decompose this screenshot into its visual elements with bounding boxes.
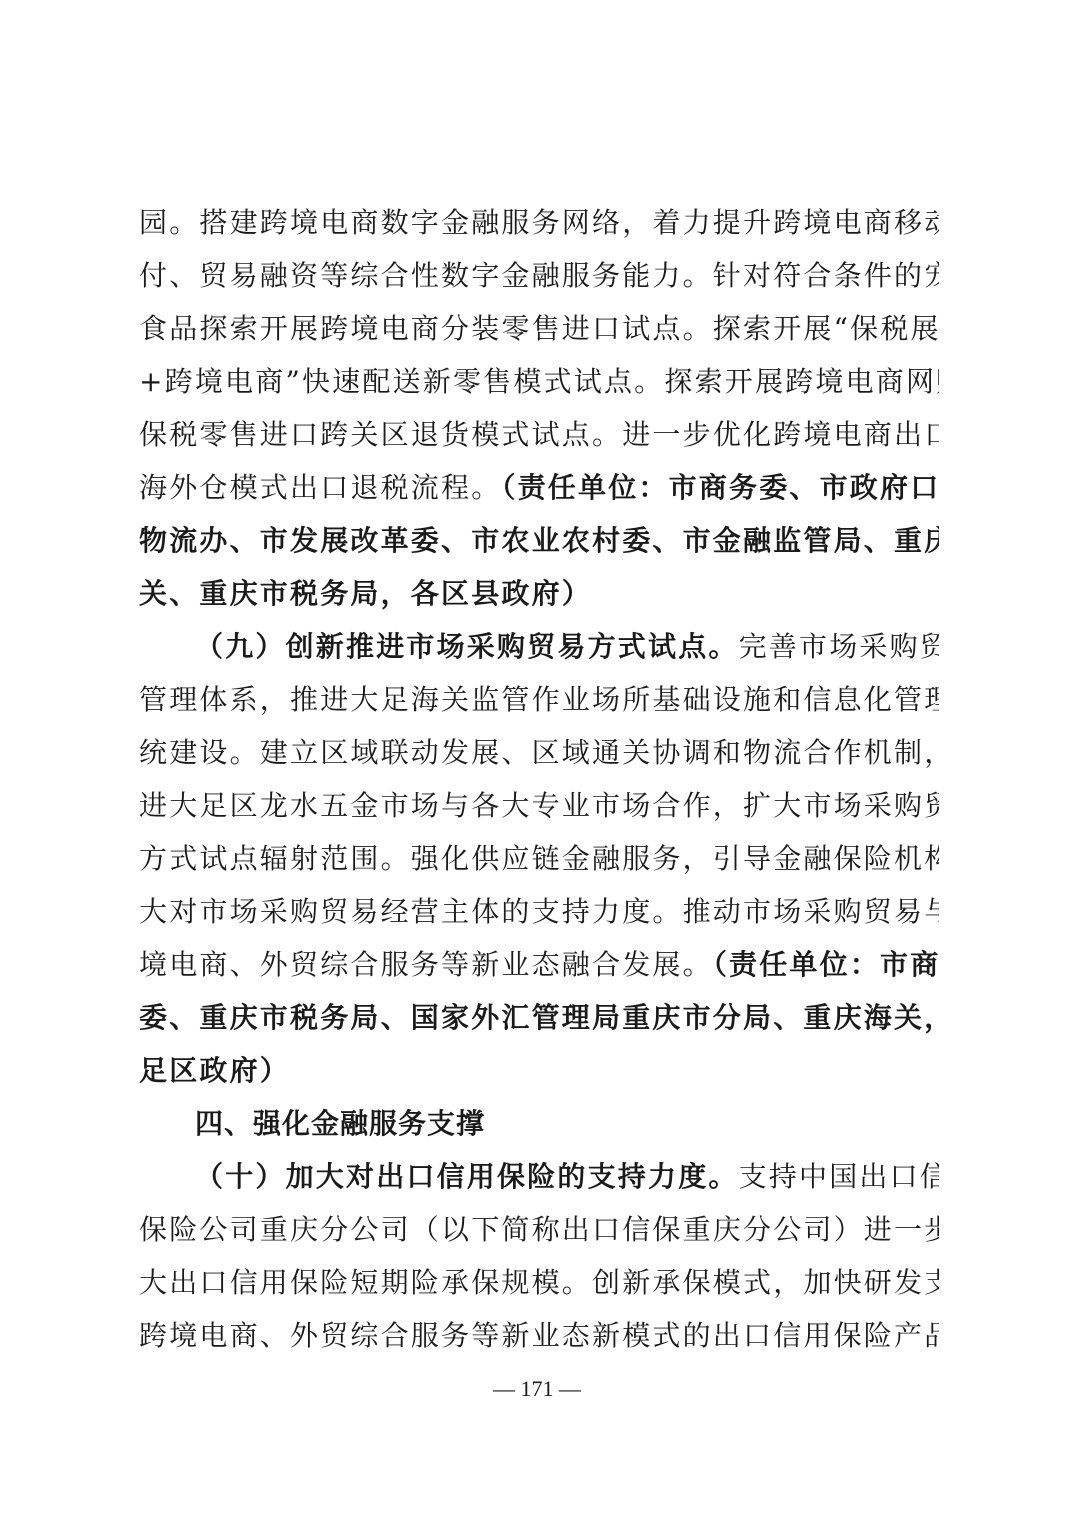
text-line: 保税零售进口跨关区退货模式试点。进一步优化跨境电商出口至 (139, 408, 939, 461)
body-text: 保险公司重庆分公司（以下简称出口信保重庆分公司）进一步扩 (139, 1213, 939, 1246)
section-10-title: （十）加大对出口信用保险的支持力度。 (195, 1160, 739, 1193)
body-text: 海外仓模式出口退税流程。 (139, 471, 501, 504)
responsible-units-text: （责任单位：市商务 (713, 948, 939, 981)
body-text: 境电商、外贸综合服务等新业态融合发展。 (139, 948, 713, 981)
text-line: 境电商、外贸综合服务等新业态融合发展。（责任单位：市商务 (139, 938, 939, 991)
body-text: 保税零售进口跨关区退货模式试点。进一步优化跨境电商出口至 (139, 418, 939, 451)
body-text: 付、贸易融资等综合性数字金融服务能力。针对符合条件的宠物 (139, 259, 939, 292)
text-line: 园。搭建跨境电商数字金融服务网络，着力提升跨境电商移动支 (139, 196, 939, 249)
body-text: 大出口信用保险短期险承保规模。创新承保模式，加快研发支持 (139, 1266, 939, 1299)
document-body: 园。搭建跨境电商数字金融服务网络，着力提升跨境电商移动支付、贸易融资等综合性数字… (139, 196, 939, 1362)
text-line: 关、重庆市税务局，各区县政府） (139, 567, 939, 620)
responsible-units-text: 物流办、市发展改革委、市农业农村委、市金融监管局、重庆海 (139, 524, 939, 557)
responsible-units-text: （责任单位：市商务委、市政府口岸 (501, 471, 939, 504)
responsible-units-text: 足区政府） (139, 1054, 290, 1087)
text-line: 管理体系，推进大足海关监管作业场所基础设施和信息化管理系 (139, 673, 939, 726)
body-text: +跨境电商”快速配送新零售模式试点。探索开展跨境电商网购 (139, 365, 939, 398)
section-9-text: 完善市场采购贸易 (739, 630, 939, 663)
body-text: 管理体系，推进大足海关监管作业场所基础设施和信息化管理系 (139, 683, 939, 716)
section-9-title: （九）创新推进市场采购贸易方式试点。 (195, 630, 739, 663)
text-line: 委、重庆市税务局、国家外汇管理局重庆市分局、重庆海关，大 (139, 991, 939, 1044)
text-line: +跨境电商”快速配送新零售模式试点。探索开展跨境电商网购 (139, 355, 939, 408)
section-10-paragraph: 保险公司重庆分公司（以下简称出口信保重庆分公司）进一步扩大出口信用保险短期险承保… (139, 1203, 939, 1362)
text-line: 物流办、市发展改革委、市农业农村委、市金融监管局、重庆海 (139, 514, 939, 567)
text-line: 跨境电商、外贸综合服务等新业态新模式的出口信用保险产品。 (139, 1309, 939, 1362)
section-heading-4: 四、强化金融服务支撑 (139, 1097, 939, 1150)
text-line: 付、贸易融资等综合性数字金融服务能力。针对符合条件的宠物 (139, 249, 939, 302)
body-text: 大对市场采购贸易经营主体的支持力度。推动市场采购贸易与跨 (139, 895, 939, 928)
text-line: 大出口信用保险短期险承保规模。创新承保模式，加快研发支持 (139, 1256, 939, 1309)
text-line: 足区政府） (139, 1044, 939, 1097)
body-text: 食品探索开展跨境电商分装零售进口试点。探索开展“保税展示 (139, 312, 939, 345)
text-line: 海外仓模式出口退税流程。（责任单位：市商务委、市政府口岸 (139, 461, 939, 514)
section-9-paragraph: 管理体系，推进大足海关监管作业场所基础设施和信息化管理系统建设。建立区域联动发展… (139, 673, 939, 1097)
section-10-first-line: （十）加大对出口信用保险的支持力度。支持中国出口信用 (139, 1150, 939, 1203)
text-line: 保险公司重庆分公司（以下简称出口信保重庆分公司）进一步扩 (139, 1203, 939, 1256)
text-line: 统建设。建立区域联动发展、区域通关协调和物流合作机制，推 (139, 726, 939, 779)
body-text: 方式试点辐射范围。强化供应链金融服务，引导金融保险机构加 (139, 842, 939, 875)
intro-paragraph: 园。搭建跨境电商数字金融服务网络，着力提升跨境电商移动支付、贸易融资等综合性数字… (139, 196, 939, 620)
text-line: 方式试点辐射范围。强化供应链金融服务，引导金融保险机构加 (139, 832, 939, 885)
body-text: 进大足区龙水五金市场与各大专业市场合作，扩大市场采购贸易 (139, 789, 939, 822)
page-number: — 171 — (0, 1376, 1074, 1402)
text-line: 大对市场采购贸易经营主体的支持力度。推动市场采购贸易与跨 (139, 885, 939, 938)
body-text: 跨境电商、外贸综合服务等新业态新模式的出口信用保险产品。 (139, 1319, 939, 1352)
responsible-units-text: 委、重庆市税务局、国家外汇管理局重庆市分局、重庆海关，大 (139, 1001, 939, 1034)
text-line: 食品探索开展跨境电商分装零售进口试点。探索开展“保税展示 (139, 302, 939, 355)
section-10-text: 支持中国出口信用 (739, 1160, 939, 1193)
text-line: 进大足区龙水五金市场与各大专业市场合作，扩大市场采购贸易 (139, 779, 939, 832)
body-text: 统建设。建立区域联动发展、区域通关协调和物流合作机制，推 (139, 736, 939, 769)
responsible-units-text: 关、重庆市税务局，各区县政府） (139, 577, 592, 610)
section-9-first-line: （九）创新推进市场采购贸易方式试点。完善市场采购贸易 (139, 620, 939, 673)
body-text: 园。搭建跨境电商数字金融服务网络，着力提升跨境电商移动支 (139, 206, 939, 239)
